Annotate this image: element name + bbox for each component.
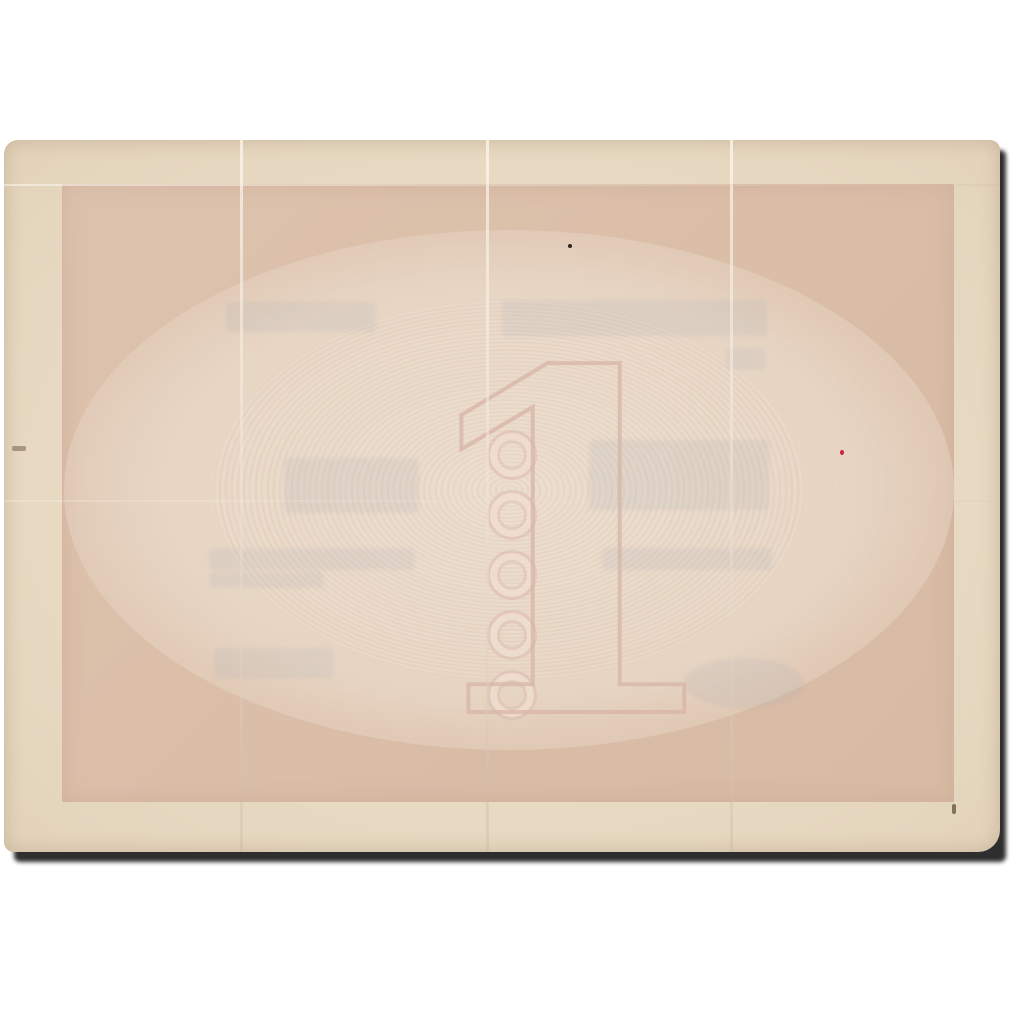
show-through-text-line-1-left <box>226 302 376 332</box>
ink-speck <box>568 244 572 248</box>
fold-crease-left <box>240 140 243 852</box>
fold-crease-top <box>4 184 1000 186</box>
fold-crease-center <box>486 140 489 852</box>
photo-stage: 1 <box>0 0 1024 1024</box>
denomination-numeral: 1 <box>404 312 584 812</box>
fold-crease-middle <box>4 500 1000 502</box>
show-through-text-large-left <box>284 458 419 513</box>
edge-mark-right <box>952 804 956 814</box>
fold-crease-right <box>730 140 733 852</box>
banknote: 1 <box>4 140 1000 852</box>
red-speck <box>840 450 844 455</box>
edge-mark-left <box>12 446 26 451</box>
show-through-text-line-4 <box>209 572 324 588</box>
show-through-signature-left <box>214 648 334 678</box>
